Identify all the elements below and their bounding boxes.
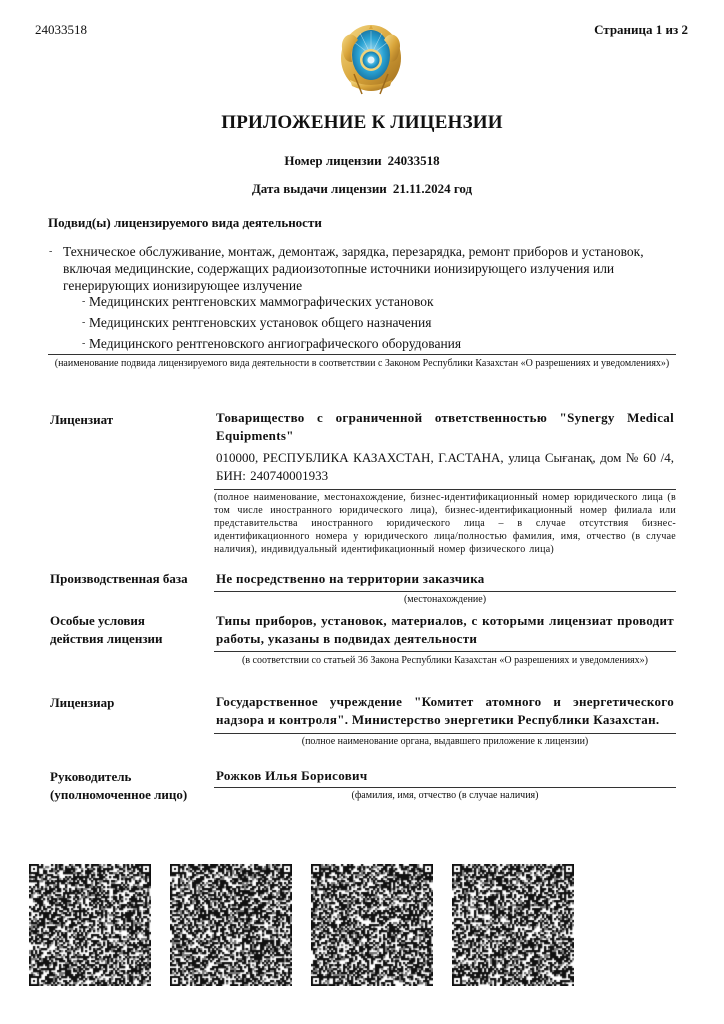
- subkind-main-item: -Техническое обслуживание, монтаж, демон…: [56, 243, 683, 294]
- licensor-value: Государственное учреждение "Комитет атом…: [216, 693, 674, 729]
- subkind-sub-text: Медицинского рентгеновского ангиографиче…: [89, 336, 461, 351]
- license-number-row: Номер лицензии24033518: [0, 153, 724, 169]
- licensee-label: Лицензиат: [50, 411, 113, 429]
- subkinds-caption: (наименование подвида лицензируемого вид…: [48, 357, 676, 370]
- head-caption: (фамилия, имя, отчество (в случае наличи…: [214, 789, 676, 802]
- licensor-caption: (полное наименование органа, выдавшего п…: [214, 735, 676, 748]
- divider: [48, 354, 676, 355]
- licensor-label: Лицензиар: [50, 694, 114, 712]
- qr-code-1: [29, 864, 151, 986]
- qr-code-4: [452, 864, 574, 986]
- subkind-sub-item: -Медицинских рентгеновских маммографичес…: [82, 293, 434, 310]
- production-base-value: Не посредственно на территории заказчика: [216, 570, 674, 588]
- divider: [214, 651, 676, 652]
- page-indicator: Страница 1 из 2: [594, 22, 688, 38]
- license-date-row: Дата выдачи лицензии21.11.2024 год: [0, 181, 724, 197]
- licensee-address: 010000, РЕСПУБЛИКА КАЗАХСТАН, Г.АСТАНА, …: [216, 449, 674, 485]
- special-conditions-value: Типы приборов, установок, материалов, с …: [216, 612, 674, 648]
- dash-bullet-icon: -: [82, 293, 88, 310]
- special-conditions-caption: (в соответствии со статьей 36 Закона Рес…: [214, 654, 676, 667]
- dash-bullet-icon: -: [56, 243, 62, 260]
- subkind-sub-text: Медицинских рентгеновских маммографическ…: [89, 294, 434, 309]
- head-label: Руководитель (уполномоченное лицо): [50, 768, 210, 804]
- licensee-caption: (полное наименование, местонахождение, б…: [214, 491, 676, 556]
- document-number: 24033518: [35, 22, 87, 38]
- divider: [214, 733, 676, 734]
- dash-bullet-icon: -: [82, 314, 88, 331]
- divider: [214, 591, 676, 592]
- divider: [214, 489, 676, 490]
- subkinds-heading: Подвид(ы) лицензируемого вида деятельнос…: [48, 215, 322, 231]
- qr-code-2: [170, 864, 292, 986]
- production-base-label: Производственная база: [50, 570, 188, 588]
- divider: [214, 787, 676, 788]
- production-base-caption: (местонахождение): [214, 593, 676, 606]
- page-title: ПРИЛОЖЕНИЕ К ЛИЦЕНЗИИ: [0, 112, 724, 134]
- license-number-label: Номер лицензии: [284, 153, 381, 168]
- qr-code-3: [311, 864, 433, 986]
- special-conditions-label: Особые условия действия лицензии: [50, 612, 200, 648]
- subkind-main-text: Техническое обслуживание, монтаж, демонт…: [63, 244, 644, 293]
- head-value: Рожков Илья Борисович: [216, 767, 674, 785]
- license-date-value: 21.11.2024 год: [393, 181, 472, 196]
- license-number-value: 24033518: [388, 153, 440, 168]
- licensee-name: Товарищество с ограниченной ответственно…: [216, 409, 674, 445]
- license-date-label: Дата выдачи лицензии: [252, 181, 387, 196]
- subkind-sub-item: -Медицинского рентгеновского ангиографич…: [82, 335, 461, 352]
- subkind-sub-text: Медицинских рентгеновских установок обще…: [89, 315, 431, 330]
- state-emblem-icon: [330, 22, 412, 98]
- dash-bullet-icon: -: [82, 335, 88, 352]
- subkind-sub-item: -Медицинских рентгеновских установок общ…: [82, 314, 431, 331]
